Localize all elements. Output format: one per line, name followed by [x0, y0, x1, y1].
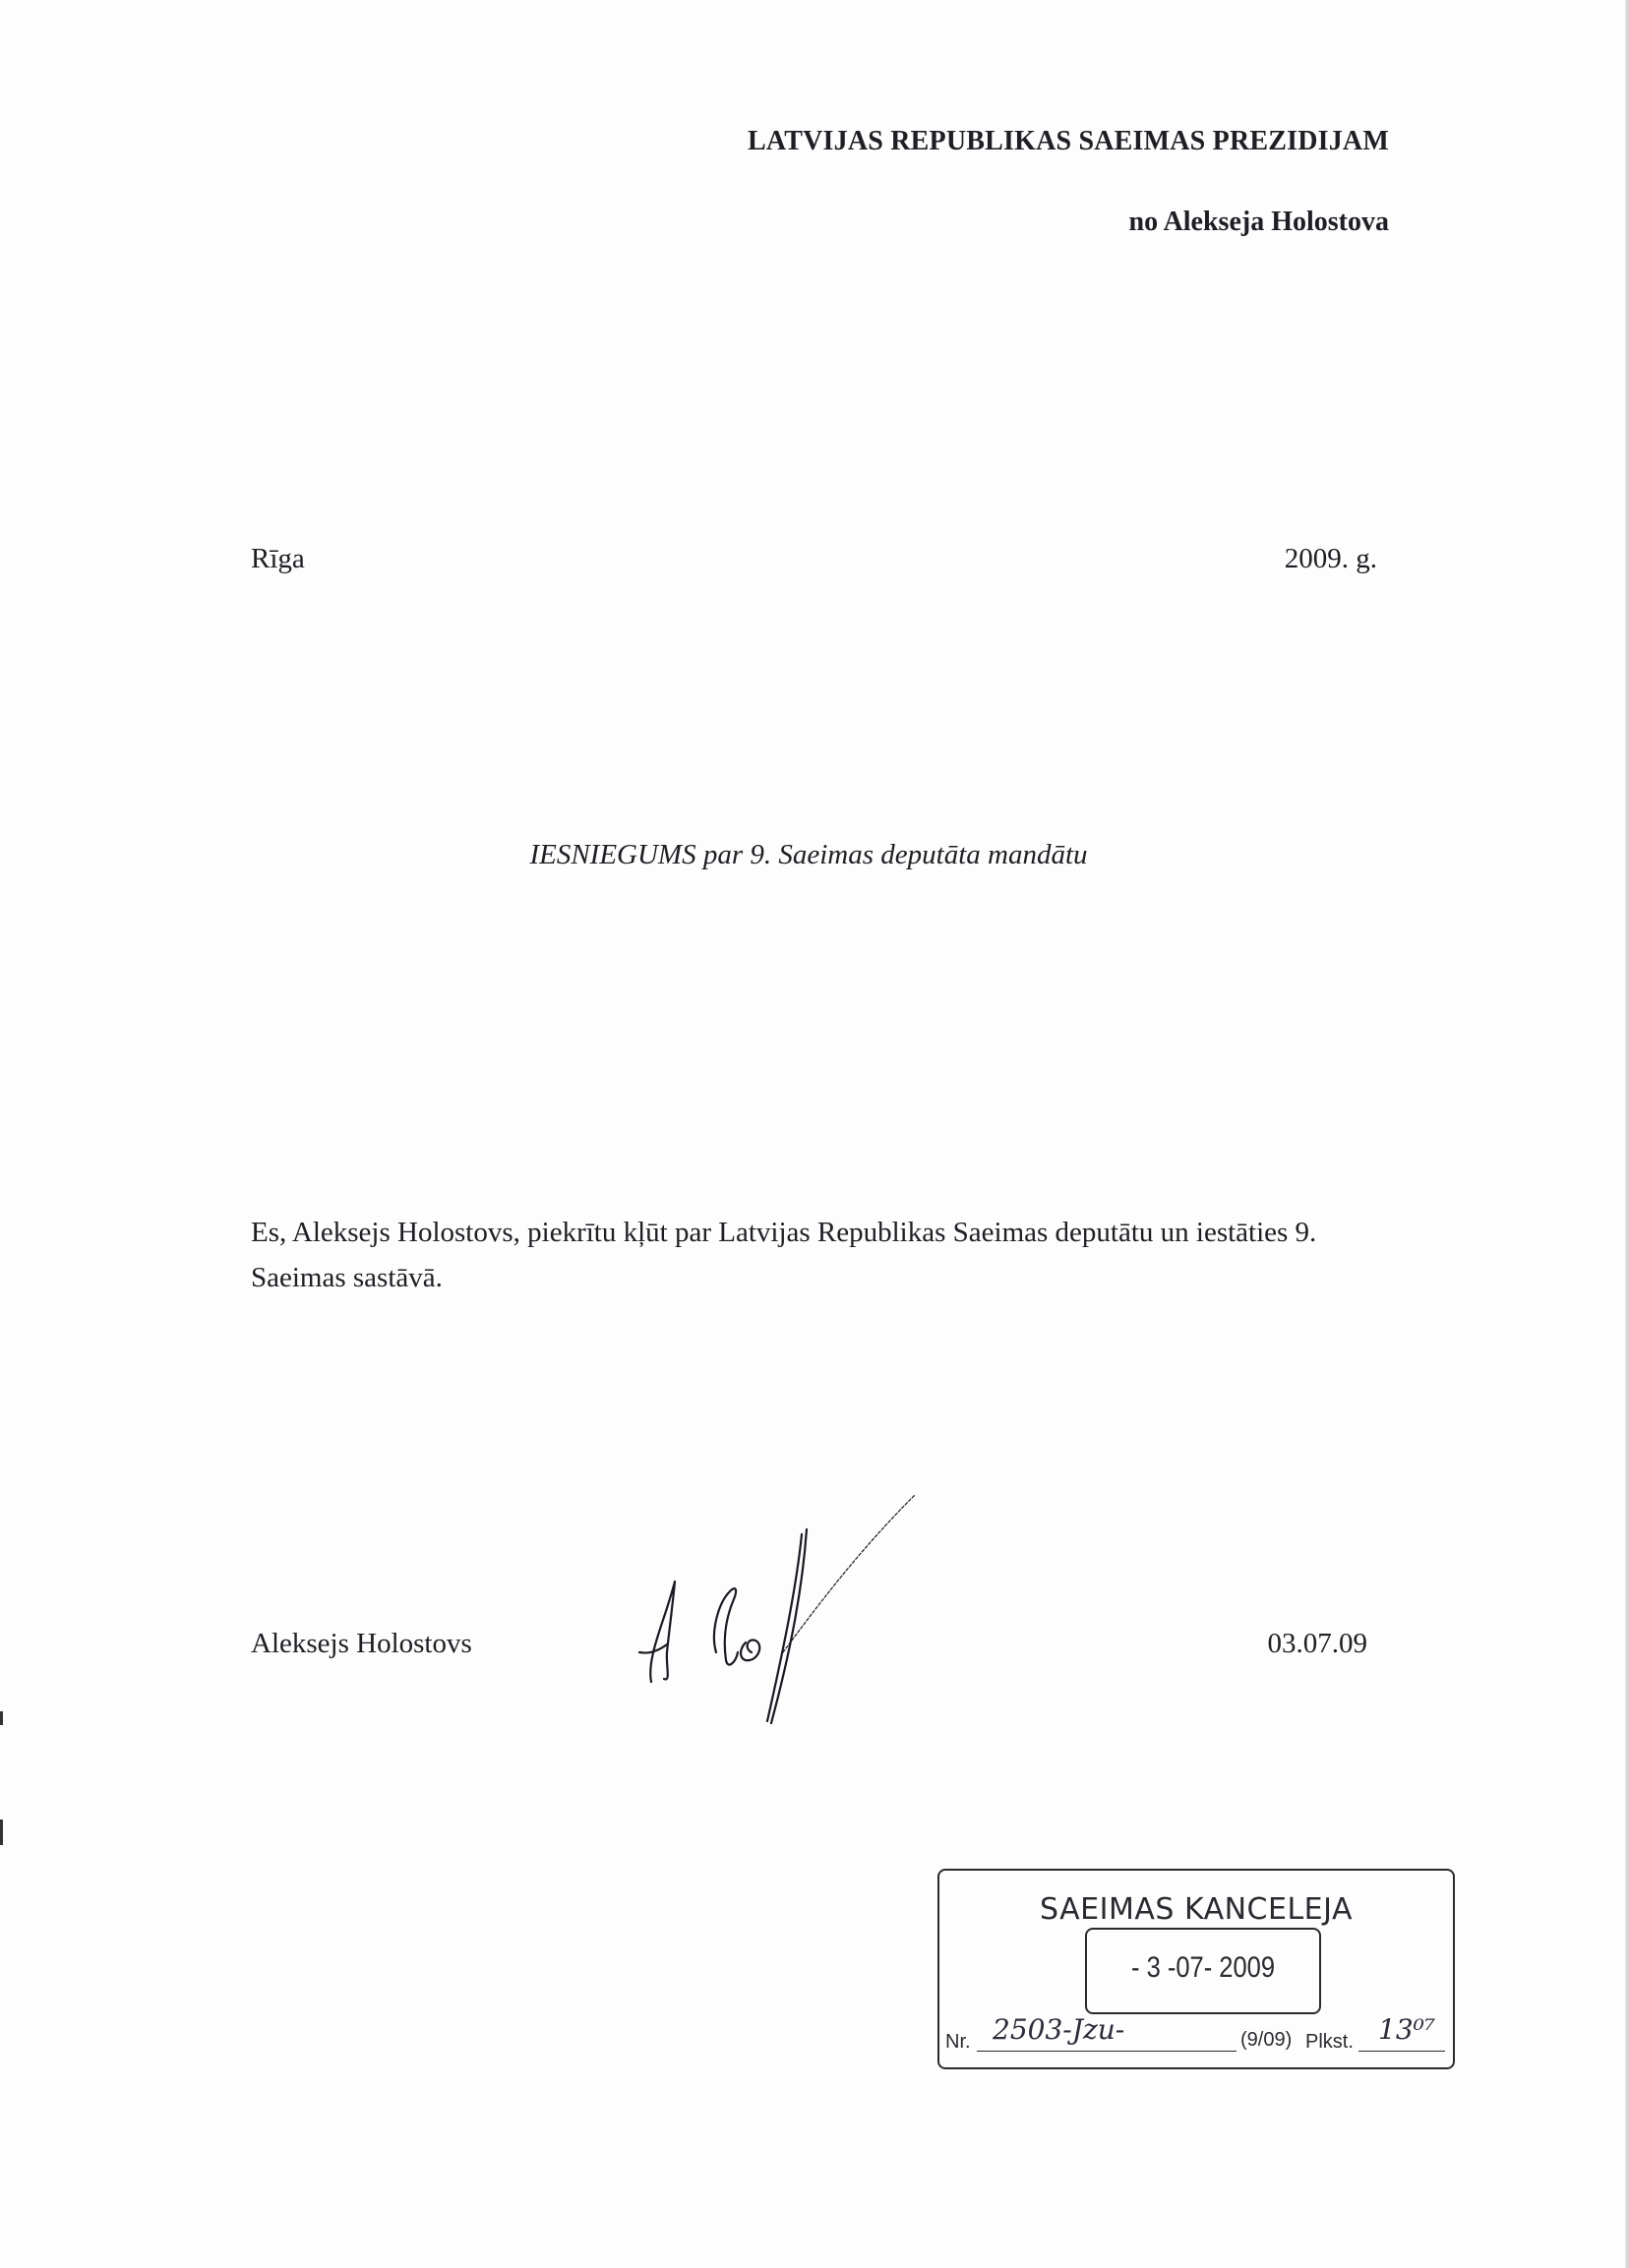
document-page: LATVIJAS REPUBLIKAS SAEIMAS PREZIDIJAM n…: [0, 0, 1629, 2268]
stamp-received-date: - 3 -07- 2009: [1105, 1951, 1302, 1985]
stamp-date-box: - 3 -07- 2009: [1085, 1928, 1321, 2014]
stamp-number-value: 2503-Jzu-: [993, 2013, 1124, 2046]
place: Rīga: [251, 543, 305, 575]
sender-line: no Alekseja Holostova: [1129, 207, 1389, 238]
stamp-registration-row: Nr. 2503-Jzu- (9/09) Plkst. 13⁰⁷: [945, 2008, 1445, 2054]
addressee-heading: LATVIJAS REPUBLIKAS SAEIMAS PREZIDIJAM: [748, 126, 1389, 157]
stamp-time-value: 13⁰⁷: [1378, 2013, 1435, 2046]
year: 2009. g.: [1285, 543, 1377, 575]
stamp-office: SAEIMAS KANCELEJA: [939, 1892, 1453, 1927]
title-subject: par 9. Saeimas deputāta mandātu: [696, 839, 1088, 870]
scan-mark: [0, 1820, 3, 1845]
body-paragraph: Es, Aleksejs Holostovs, piekrītu kļūt pa…: [251, 1210, 1353, 1300]
stamp-number-suffix: (9/09): [1240, 2029, 1292, 2052]
scan-mark: [0, 1711, 3, 1725]
document-title: IESNIEGUMS par 9. Saeimas deputāta mandā…: [0, 839, 1629, 871]
stamp-time-label: Plkst.: [1305, 2031, 1354, 2054]
stamp-number-label: Nr.: [945, 2031, 971, 2054]
scan-edge: [1625, 0, 1629, 2268]
signer-name: Aleksejs Holostovs: [251, 1628, 472, 1660]
signature-icon: [590, 1495, 1102, 1751]
title-type: IESNIEGUMS: [529, 839, 695, 870]
signed-date: 03.07.09: [1268, 1628, 1368, 1660]
received-stamp: SAEIMAS KANCELEJA - 3 -07- 2009 Nr. 2503…: [937, 1869, 1455, 2069]
